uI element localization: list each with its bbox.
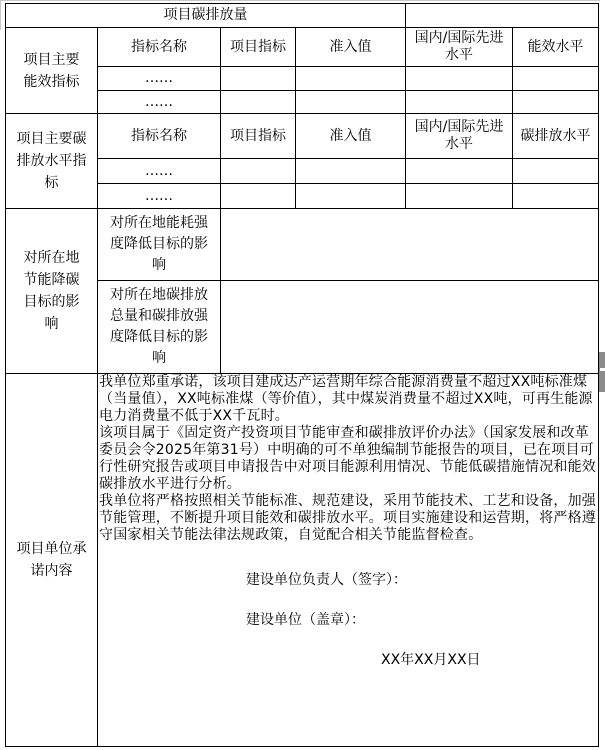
carbon-total-value-cell[interactable] xyxy=(406,4,599,28)
col-header-indicator-name: 指标名称 xyxy=(98,114,221,159)
carbon-total-label: 项目碳排放量 xyxy=(6,4,406,28)
access-value-cell[interactable] xyxy=(296,67,406,91)
col-header-access-value: 准入值 xyxy=(296,114,406,159)
access-value-cell[interactable] xyxy=(296,159,406,184)
commitment-paragraph: 该项目属于《固定资产投资项目节能审查和碳排放评价办法》（国家发展和改革委员会令2… xyxy=(98,425,598,493)
advanced-level-cell[interactable] xyxy=(406,91,513,114)
project-indicator-cell[interactable] xyxy=(221,159,296,184)
energy-carbon-form-table: 项目碳排放量 项目主要能效指标 指标名称 项目指标 准入值 国内/国际先进水平 … xyxy=(5,3,599,747)
indicator-name-cell[interactable]: …… xyxy=(98,184,221,209)
signature-block: 建设单位负责人（签字）： 建设单位（盖章）： XX年XX月XX日 xyxy=(98,570,598,690)
indicator-name-cell[interactable]: …… xyxy=(98,159,221,184)
col-header-advanced-level: 国内/国际先进水平 xyxy=(406,114,513,159)
indicator-name-cell[interactable]: …… xyxy=(98,67,221,91)
local-impact-value-cell[interactable] xyxy=(221,209,599,281)
commitment-row: 项目单位承诺内容 我单位郑重承诺，该项目建成达产运营期年综合能源消费量不超过XX… xyxy=(6,374,599,747)
commitment-date[interactable]: XX年XX月XX日 xyxy=(246,652,598,690)
col-header-access-value: 准入值 xyxy=(296,28,406,67)
col-header-project-indicator: 项目指标 xyxy=(221,114,296,159)
commitment-content: 我单位郑重承诺，该项目建成达产运营期年综合能源消费量不超过XX吨标准煤（当量值）… xyxy=(98,374,599,747)
advanced-level-cell[interactable] xyxy=(406,159,513,184)
col-header-project-indicator: 项目指标 xyxy=(221,28,296,67)
col-header-indicator-name: 指标名称 xyxy=(98,28,221,67)
carbon-total-row: 项目碳排放量 xyxy=(6,4,599,28)
energy-efficiency-header-row: 项目主要能效指标 指标名称 项目指标 准入值 国内/国际先进水平 能效水平 xyxy=(6,28,599,67)
commitment-paragraph: 我单位郑重承诺，该项目建成达产运营期年综合能源消费量不超过XX吨标准煤（当量值）… xyxy=(98,374,598,425)
local-impact-row: 对所在地节能降碳目标的影响 对所在地能耗强度降低目标的影响 xyxy=(6,209,599,281)
project-indicator-cell[interactable] xyxy=(221,184,296,209)
col-header-advanced-level: 国内/国际先进水平 xyxy=(406,28,513,67)
energy-efficiency-section-label: 项目主要能效指标 xyxy=(6,28,98,114)
efficiency-level-cell[interactable] xyxy=(513,91,599,114)
commitment-section-label: 项目单位承诺内容 xyxy=(6,374,98,747)
page-edge xyxy=(0,0,1,30)
local-impact-value-cell[interactable] xyxy=(221,281,599,374)
carbon-level-cell[interactable] xyxy=(513,159,599,184)
indicator-name-cell[interactable]: …… xyxy=(98,91,221,114)
access-value-cell[interactable] xyxy=(296,184,406,209)
advanced-level-cell[interactable] xyxy=(406,184,513,209)
project-indicator-cell[interactable] xyxy=(221,91,296,114)
efficiency-level-cell[interactable] xyxy=(513,67,599,91)
carbon-level-cell[interactable] xyxy=(513,184,599,209)
advanced-level-cell[interactable] xyxy=(406,67,513,91)
col-header-efficiency-level: 能效水平 xyxy=(513,28,599,67)
carbon-level-header-row: 项目主要碳排放水平指标 指标名称 项目指标 准入值 国内/国际先进水平 碳排放水… xyxy=(6,114,599,159)
page-edge xyxy=(0,0,600,1)
carbon-level-section-label: 项目主要碳排放水平指标 xyxy=(6,114,98,209)
seal-label[interactable]: 建设单位（盖章）： xyxy=(246,610,598,650)
commitment-paragraph: 我单位将严格按照相关节能标准、规范建设，采用节能技术、工艺和设备，加强节能管理，… xyxy=(98,493,598,544)
local-impact-item-label: 对所在地能耗强度降低目标的影响 xyxy=(98,209,221,281)
col-header-carbon-level: 碳排放水平 xyxy=(513,114,599,159)
local-impact-section-label: 对所在地节能降碳目标的影响 xyxy=(6,209,98,374)
local-impact-item-label: 对所在地碳排放总量和碳排放强度降低目标的影响 xyxy=(98,281,221,374)
signature-label[interactable]: 建设单位负责人（签字）： xyxy=(246,570,598,610)
project-indicator-cell[interactable] xyxy=(221,67,296,91)
access-value-cell[interactable] xyxy=(296,91,406,114)
side-panel-tab[interactable] xyxy=(598,352,605,392)
